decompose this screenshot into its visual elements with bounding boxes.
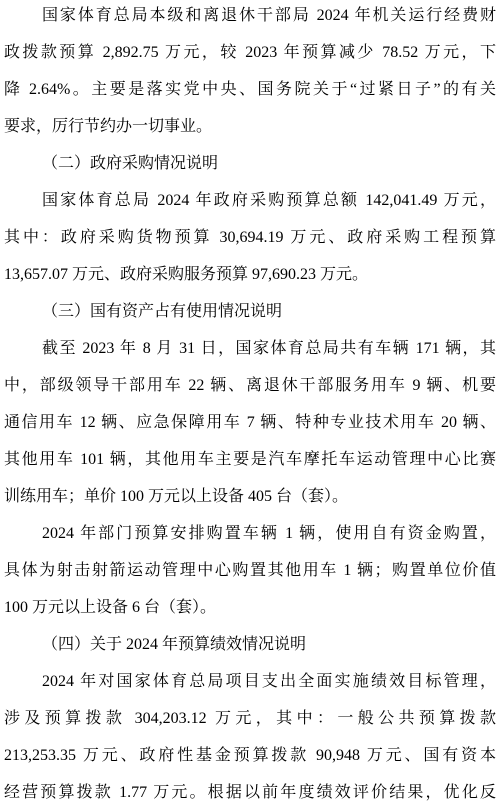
paragraph: 国家体育总局本级和离退休干部局 2024 年机关运行经费财 政拨款预算 2,89… bbox=[4, 0, 496, 145]
section-heading-text: （四）关于 2024 年预算绩效情况说明 bbox=[4, 626, 496, 663]
text-line: 13,657.07 万元、政府采购服务预算 97,690.23 万元。 bbox=[4, 256, 496, 293]
text-line: 其他用车 101 辆，其他用车主要是汽车摩托车运动管理中心比赛 bbox=[4, 441, 496, 478]
text-line: 100 万元以上设备 6 台（套）。 bbox=[4, 589, 496, 626]
text-line: 经营预算拨款 1.77 万元。根据以前年度绩效评价结果，优化反 bbox=[4, 774, 496, 811]
section-heading: （三）国有资产占有使用情况说明 bbox=[4, 293, 496, 330]
text-line: 2024 年部门预算安排购置车辆 1 辆，使用自有资金购置， bbox=[4, 515, 496, 552]
section-heading: （二）政府采购情况说明 bbox=[4, 145, 496, 182]
text-line: 训练用车；单价 100 万元以上设备 405 台（套）。 bbox=[4, 478, 496, 515]
text-line: 截至 2023 年 8 月 31 日，国家体育总局共有车辆 171 辆，其 bbox=[4, 330, 496, 367]
text-line: 政拨款预算 2,892.75 万元，较 2023 年预算减少 78.52 万元，… bbox=[4, 34, 496, 71]
text-line: 要求，厉行节约办一切事业。 bbox=[4, 108, 496, 145]
text-line: 中，部级领导干部用车 22 辆、离退休干部服务用车 9 辆、机要 bbox=[4, 367, 496, 404]
text-line: 国家体育总局本级和离退休干部局 2024 年机关运行经费财 bbox=[4, 0, 496, 34]
section-heading-text: （三）国有资产占有使用情况说明 bbox=[4, 293, 496, 330]
text-line: 国家体育总局 2024 年政府采购预算总额 142,041.49 万元， bbox=[4, 182, 496, 219]
paragraph: 2024 年部门预算安排购置车辆 1 辆，使用自有资金购置， 具体为射击射箭运动… bbox=[4, 515, 496, 626]
text-line: 通信用车 12 辆、应急保障用车 7 辆、特种专业技术用车 20 辆、 bbox=[4, 404, 496, 441]
text-line: 其中：政府采购货物预算 30,694.19 万元、政府采购工程预算 bbox=[4, 219, 496, 256]
text-line: 213,253.35 万元、政府性基金预算拨款 90,948 万元、国有资本 bbox=[4, 737, 496, 774]
section-heading-text: （二）政府采购情况说明 bbox=[4, 145, 496, 182]
text-line: 具体为射击射箭运动管理中心购置其他用车 1 辆；购置单位价值 bbox=[4, 552, 496, 589]
paragraph: 国家体育总局 2024 年政府采购预算总额 142,041.49 万元， 其中：… bbox=[4, 182, 496, 293]
text-line: 2024 年对国家体育总局项目支出全面实施绩效目标管理， bbox=[4, 663, 496, 700]
paragraph: 2024 年对国家体育总局项目支出全面实施绩效目标管理， 涉及预算拨款 304,… bbox=[4, 663, 496, 811]
text-line: 降 2.64%。主要是落实党中央、国务院关于“过紧日子”的有关 bbox=[4, 71, 496, 108]
section-heading: （四）关于 2024 年预算绩效情况说明 bbox=[4, 626, 496, 663]
paragraph: 截至 2023 年 8 月 31 日，国家体育总局共有车辆 171 辆，其 中，… bbox=[4, 330, 496, 515]
document-page: 国家体育总局本级和离退休干部局 2024 年机关运行经费财 政拨款预算 2,89… bbox=[0, 0, 500, 811]
text-line: 涉及预算拨款 304,203.12 万元，其中：一般公共预算拨款 bbox=[4, 700, 496, 737]
